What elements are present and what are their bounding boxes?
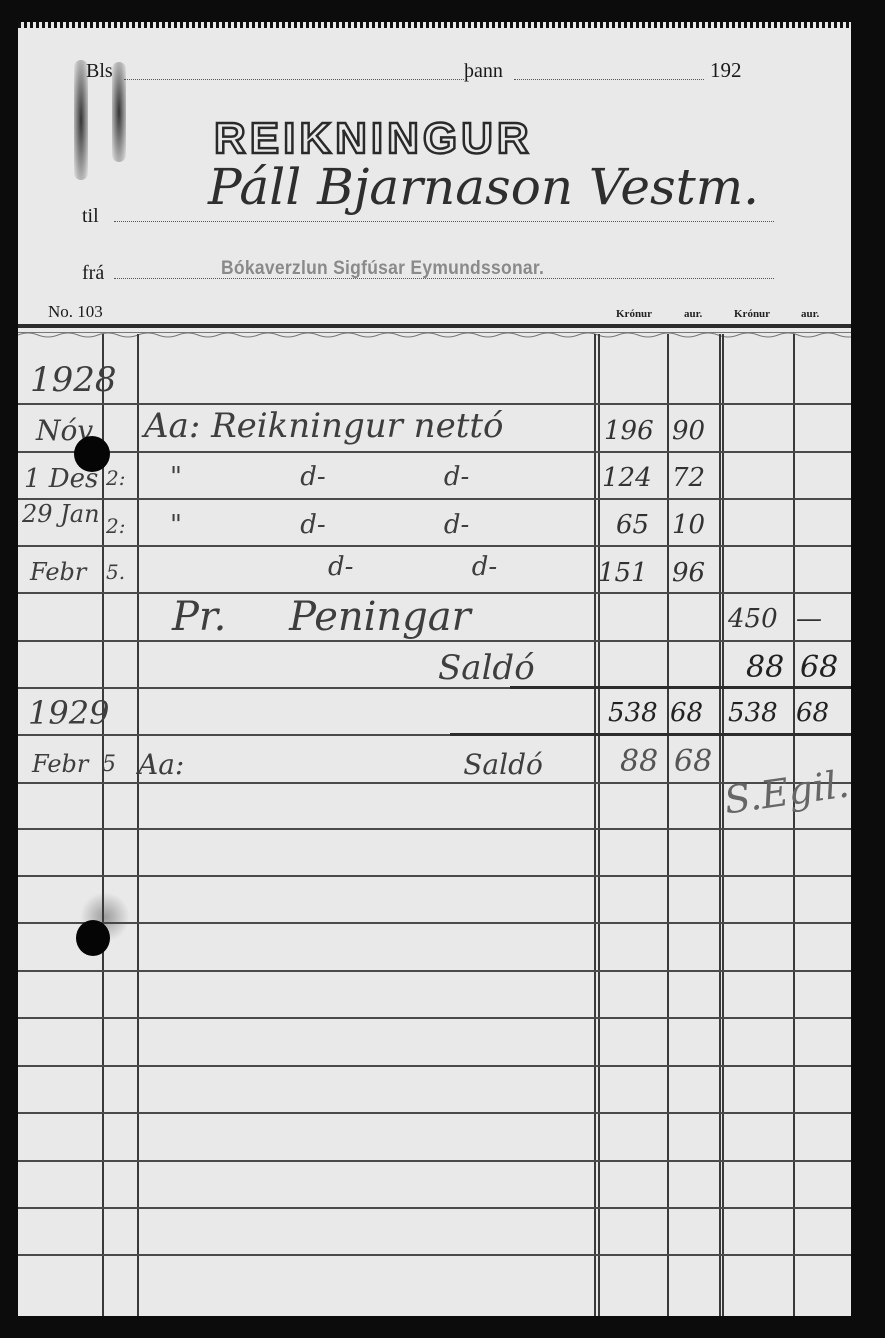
binding-stain (112, 62, 126, 162)
row-line (18, 828, 851, 830)
ledger-description: Saldó (438, 648, 535, 688)
signature: S.Egil. (722, 762, 851, 823)
ledger-description: " d- d- (170, 510, 469, 540)
column-header-credit-aur: aur. (801, 308, 819, 320)
row-line (18, 1254, 851, 1256)
row-line (18, 970, 851, 972)
ledger-year: 1929 (28, 694, 109, 732)
column-line (719, 334, 721, 1316)
ledger-description: " d- d- (170, 462, 469, 492)
date-field[interactable] (514, 79, 704, 80)
thann-label: þann (464, 60, 503, 83)
credit-aur: 68 (800, 650, 838, 685)
row-line (18, 1017, 851, 1019)
row-line (18, 1160, 851, 1162)
recipient-field[interactable] (114, 221, 774, 222)
ledger-year: 1928 (30, 360, 117, 400)
ledger-description: Pr. Peningar (172, 594, 471, 640)
total-rule (510, 686, 851, 689)
debit-kronur: 65 (616, 510, 649, 540)
column-line (137, 334, 139, 1316)
debit-aur: 96 (672, 558, 705, 588)
year-prefix: 192 (710, 58, 742, 83)
debit-aur: 90 (672, 416, 705, 446)
row-line (18, 640, 851, 642)
debit-aur: 10 (672, 510, 705, 540)
debit-aur: 68 (674, 744, 712, 779)
column-line (598, 334, 600, 1316)
ledger-ref: 5 (102, 752, 116, 777)
column-header-debit-kronur: Krónur (616, 308, 652, 320)
sender-stamp: Bókaverzlun Sigfúsar Eymundssonar. (221, 258, 544, 280)
column-line (594, 334, 596, 1316)
debit-kronur: 124 (602, 463, 652, 493)
invoice-paper: Bls þann 192 REIKNINGUR til Páll Bjarnas… (18, 22, 851, 1316)
ledger-ref: 2: (106, 514, 125, 538)
row-line (18, 451, 851, 453)
til-label: til (82, 205, 99, 228)
debit-aur-total: 68 (670, 698, 703, 728)
wavy-rule (18, 331, 851, 339)
row-line (18, 875, 851, 877)
ledger-ref: 5. (106, 560, 125, 584)
ledger-description: Aa: Saldó (138, 748, 543, 781)
column-line (667, 334, 669, 1316)
total-rule (450, 733, 851, 736)
debit-kronur: 88 (620, 744, 658, 779)
bls-field[interactable] (124, 79, 464, 80)
row-line (18, 922, 851, 924)
row-line (18, 545, 851, 547)
document-title: REIKNINGUR (214, 114, 533, 164)
row-line (18, 498, 851, 500)
column-line (102, 334, 104, 1316)
credit-kronur: 450 (728, 604, 778, 634)
ledger-date: Febr (30, 558, 86, 586)
punch-hole (76, 920, 110, 956)
column-header-debit-aur: aur. (684, 308, 702, 320)
credit-aur-total: 68 (796, 698, 829, 728)
debit-aur: 72 (672, 463, 705, 493)
bls-label: Bls (86, 60, 113, 83)
credit-kronur: 88 (746, 650, 784, 685)
row-line (18, 1207, 851, 1209)
header-rule (18, 324, 851, 328)
debit-kronur: 151 (598, 558, 648, 588)
ledger-ref: 2: (106, 466, 125, 490)
debit-kronur: 196 (604, 416, 654, 446)
row-line (18, 1065, 851, 1067)
ledger-date: Febr (32, 750, 88, 778)
column-line (722, 334, 724, 1316)
row-line (18, 403, 851, 405)
ledger-description: Aa: Reikningur nettó (144, 406, 504, 446)
credit-kronur-total: 538 (728, 698, 778, 728)
ledger-description: d- d- (328, 552, 497, 582)
column-line (793, 334, 795, 1316)
fra-label: frá (82, 262, 104, 285)
credit-aur: — (796, 604, 822, 634)
recipient-handwritten: Páll Bjarnason Vestm. (208, 158, 759, 216)
debit-kronur-total: 538 (608, 698, 658, 728)
perforated-edge (18, 22, 851, 28)
punch-hole (74, 436, 110, 472)
row-line (18, 1112, 851, 1114)
invoice-number: No. 103 (48, 302, 103, 322)
column-header-credit-kronur: Krónur (734, 308, 770, 320)
ledger-date: 29 Jan (22, 500, 100, 528)
